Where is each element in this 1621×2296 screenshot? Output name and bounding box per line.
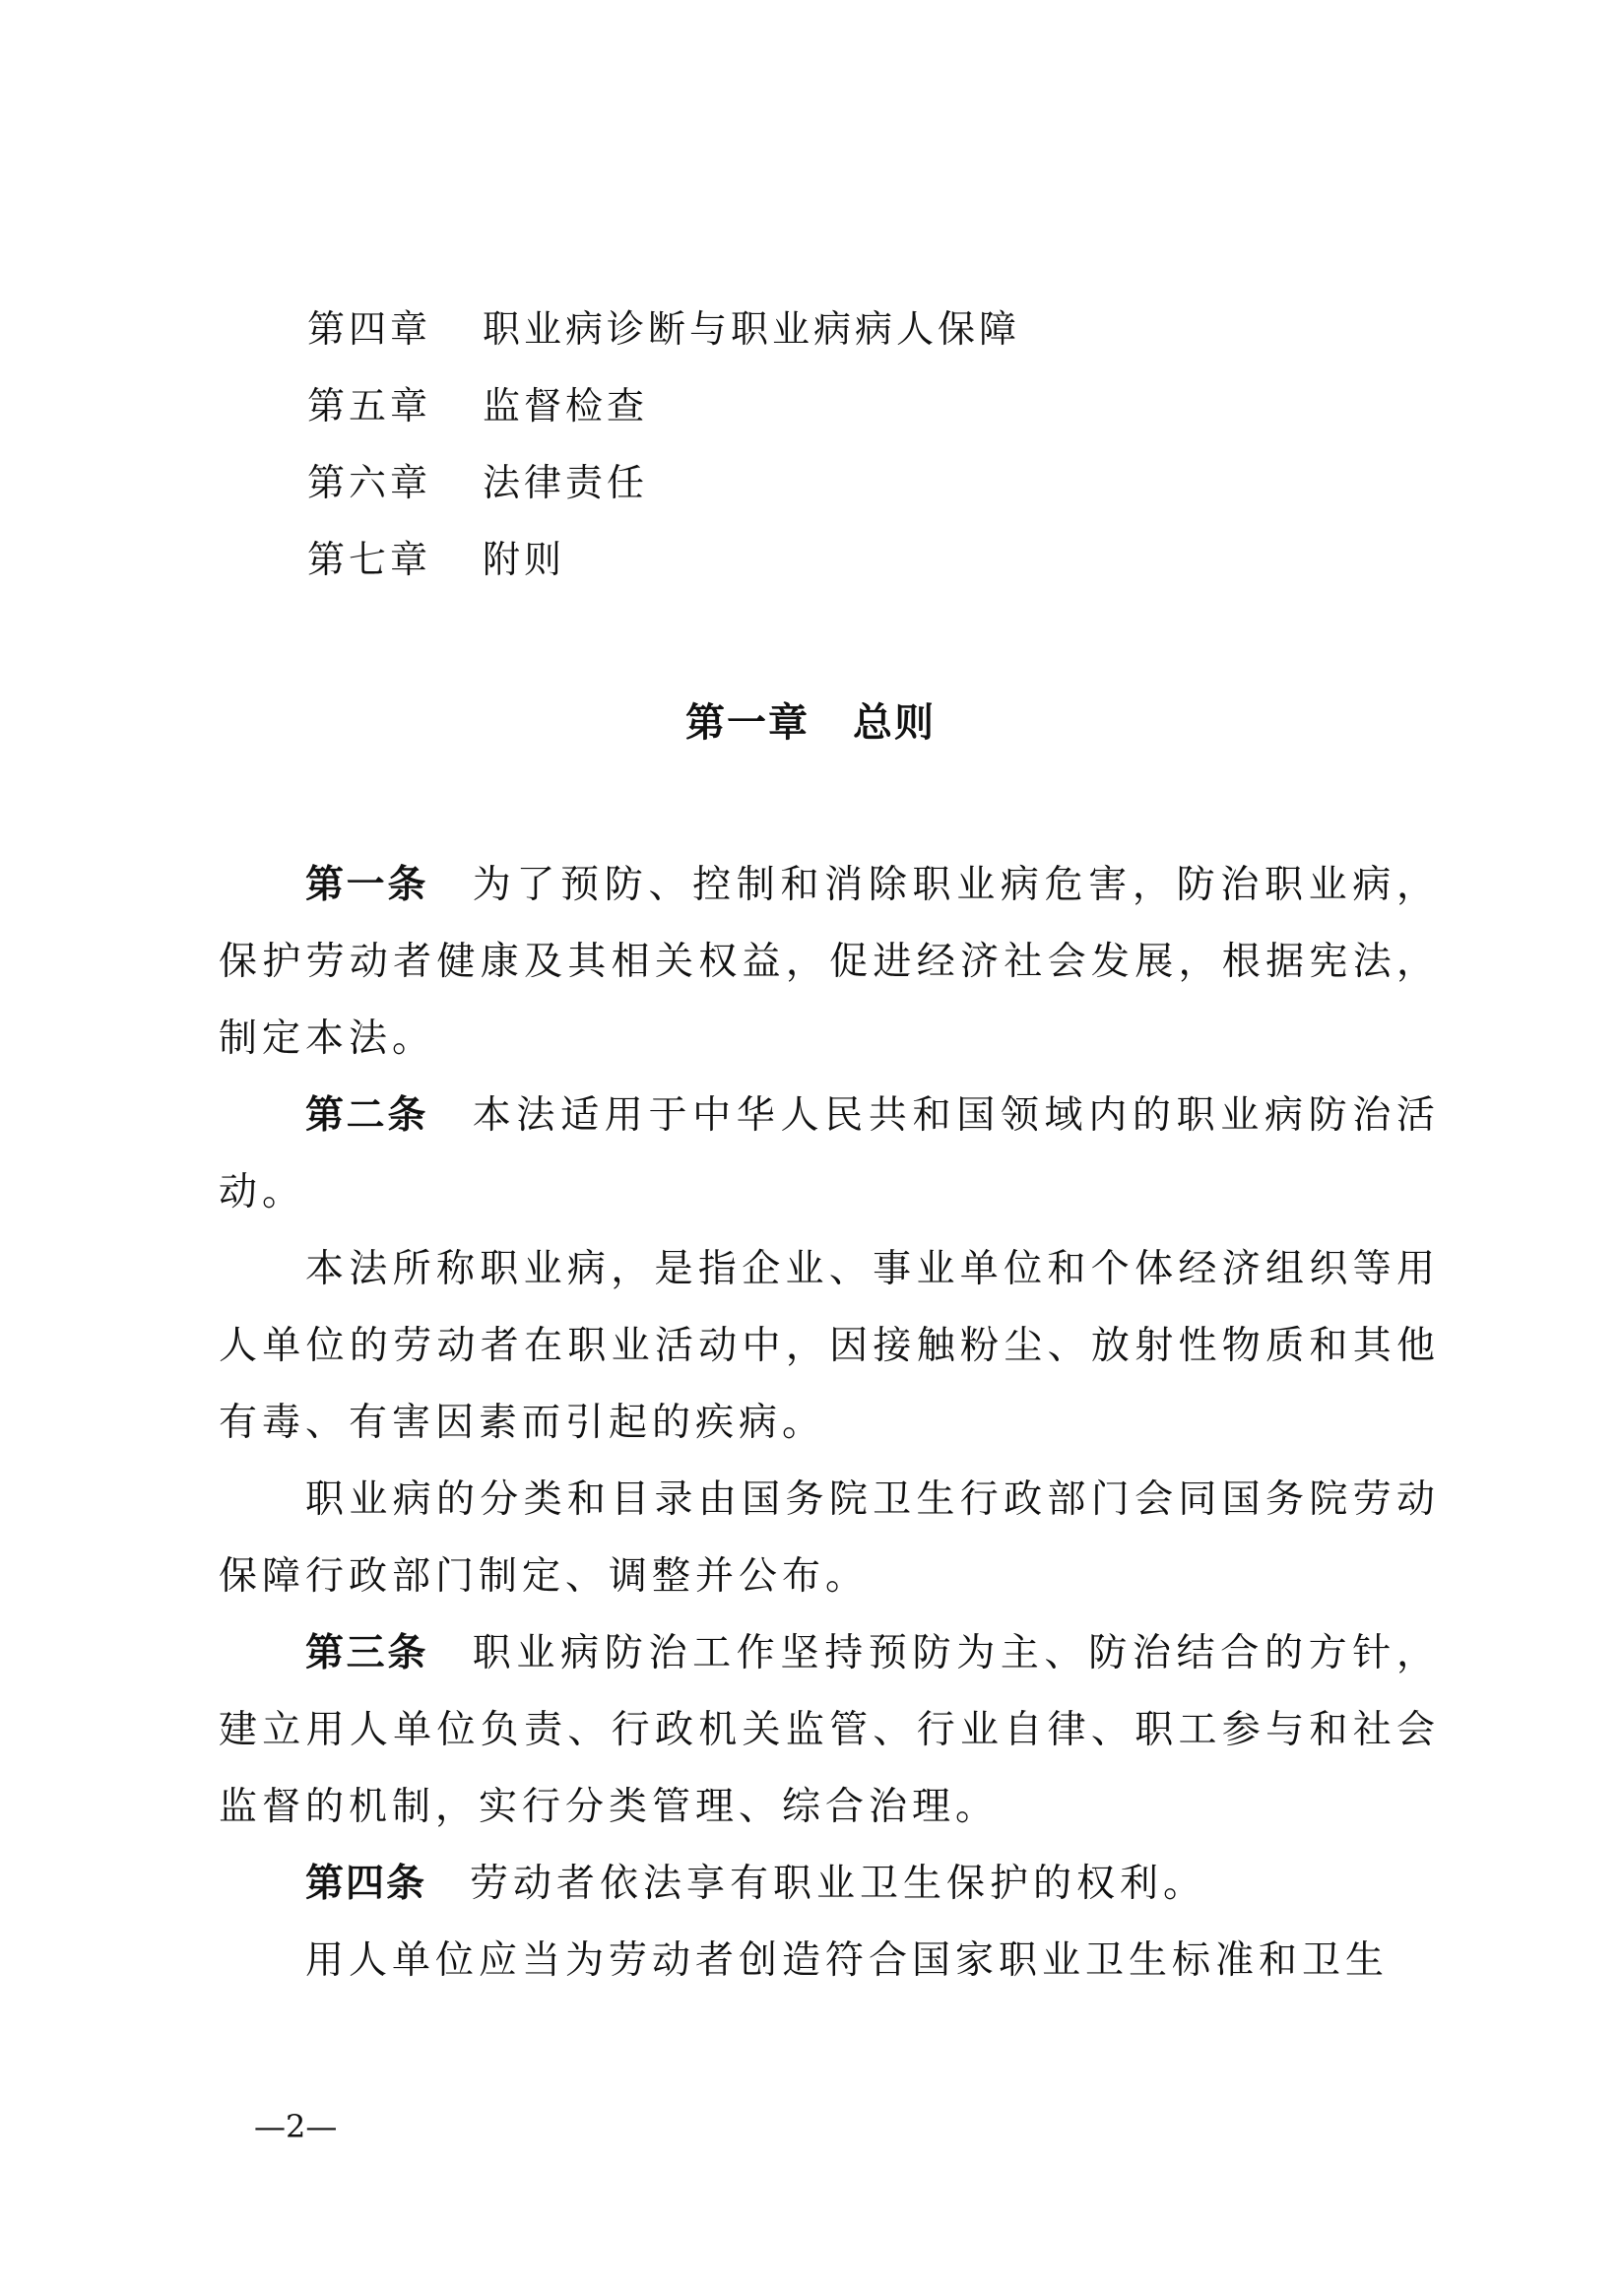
- paragraph: 职业病的分类和目录由国务院卫生行政部门会同国务院劳动保障行政部门制定、调整并公布…: [219, 1462, 1440, 1615]
- paragraph-text: 职业病的分类和目录由国务院卫生行政部门会同国务院劳动保障行政部门制定、调整并公布…: [219, 1477, 1440, 1599]
- article-paragraph: 第一条为了预防、控制和消除职业病危害，防治职业病，保护劳动者健康及其相关权益，促…: [219, 847, 1440, 1078]
- toc-chapter-title: 法律责任: [483, 461, 648, 504]
- document-body: 第一条为了预防、控制和消除职业病危害，防治职业病，保护劳动者健康及其相关权益，促…: [219, 847, 1440, 2000]
- toc-chapter-number: 第六章: [307, 461, 483, 504]
- article-label: 第一条: [305, 863, 428, 907]
- toc-chapter-number: 第四章: [307, 307, 483, 351]
- paragraph: 用人单位应当为劳动者创造符合国家职业卫生标准和卫生: [219, 1923, 1440, 2000]
- toc-chapter-title: 监督检查: [483, 384, 648, 427]
- paragraph-text: 劳动者依法享有职业卫生保护的权利。: [470, 1862, 1206, 1906]
- article-label: 第三条: [305, 1631, 428, 1675]
- toc-chapter-title: 附则: [483, 538, 565, 581]
- toc-chapter-number: 第五章: [307, 384, 483, 427]
- page-number: —2—: [254, 2108, 337, 2145]
- article-paragraph: 第四条劳动者依法享有职业卫生保护的权利。: [219, 1846, 1440, 1923]
- toc-entry: 第五章监督检查: [307, 384, 1020, 461]
- article-paragraph: 第二条本法适用于中华人民共和国领域内的职业病防治活动。: [219, 1078, 1440, 1231]
- article-label: 第二条: [305, 1093, 428, 1138]
- chapter-heading-number: 第一章: [685, 700, 810, 746]
- paragraph-text: 用人单位应当为劳动者创造符合国家职业卫生标准和卫生: [305, 1938, 1389, 1983]
- toc-chapter-title: 职业病诊断与职业病病人保障: [483, 307, 1020, 351]
- toc-entry: 第六章法律责任: [307, 461, 1020, 538]
- chapter-heading: 第一章总则: [0, 691, 1621, 748]
- article-label: 第四条: [305, 1862, 426, 1906]
- paragraph-text: 本法所称职业病，是指企业、事业单位和个体经济组织等用人单位的劳动者在职业活动中，…: [219, 1247, 1440, 1445]
- toc-entry: 第七章附则: [307, 538, 1020, 615]
- article-paragraph: 第三条职业病防治工作坚持预防为主、防治结合的方针，建立用人单位负责、行政机关监管…: [219, 1615, 1440, 1846]
- toc-chapter-number: 第七章: [307, 538, 483, 581]
- toc-entry: 第四章职业病诊断与职业病病人保障: [307, 307, 1020, 384]
- paragraph: 本法所称职业病，是指企业、事业单位和个体经济组织等用人单位的劳动者在职业活动中，…: [219, 1231, 1440, 1462]
- chapter-heading-title: 总则: [853, 700, 936, 746]
- table-of-contents: 第四章职业病诊断与职业病病人保障 第五章监督检查 第六章法律责任 第七章附则: [307, 307, 1020, 615]
